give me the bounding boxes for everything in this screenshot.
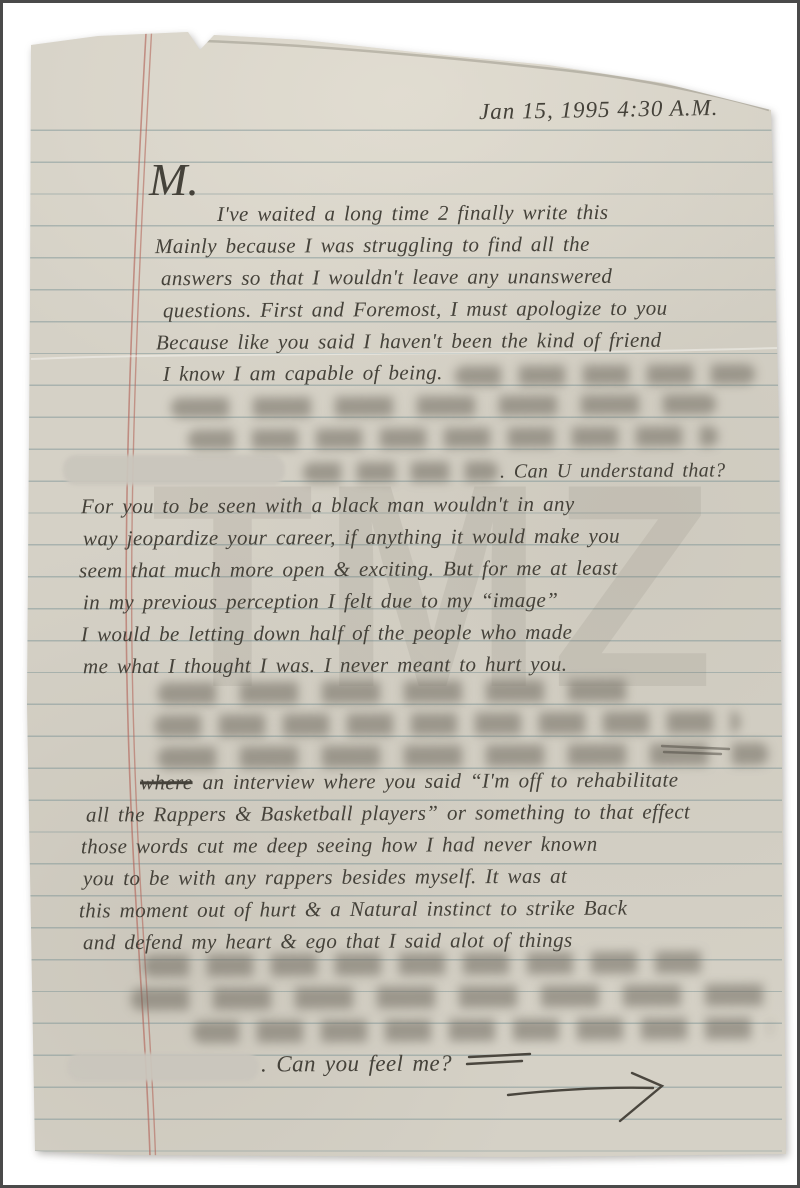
readable-fragment: . Can U understand that? xyxy=(500,459,726,483)
struck-word: where xyxy=(140,770,193,794)
letter-line-p2-2: way jeopardize your career, if anything … xyxy=(83,524,620,552)
redacted-line xyxy=(303,461,498,482)
closing-question: . Can you feel me? xyxy=(261,1051,452,1078)
letter-line-p2-4: in my previous perception I felt due to … xyxy=(83,588,558,615)
letter-line-p3-6: and defend my heart & ego that I said al… xyxy=(83,928,573,956)
redacted-line xyxy=(188,426,718,450)
smudge-redaction xyxy=(63,455,285,485)
date-line: Jan 15, 1995 4:30 A.M. xyxy=(479,95,719,125)
letter-line-p1-4: questions. First and Foremost, I must ap… xyxy=(163,296,668,324)
letter-line-p2-6: me what I thought I was. I never meant t… xyxy=(83,652,568,680)
letter-line-p1-6: I know I am capable of being. xyxy=(163,360,443,386)
redacted-line xyxy=(131,984,771,1010)
redacted-line xyxy=(455,364,755,386)
smudge-redaction xyxy=(67,1053,259,1081)
letter-line-p1-3: answers so that I wouldn't leave any una… xyxy=(161,264,612,291)
paper-shadow-wrap: TMZ Jan 15, 1995 4:30 A.M. M. I've waite… xyxy=(3,3,797,1185)
letter-line-p1-1: I've waited a long time 2 finally write … xyxy=(217,200,609,227)
letter-line-p3-2: all the Rappers & Basketball players” or… xyxy=(86,799,690,827)
letter-line-p3-5: this moment out of hurt & a Natural inst… xyxy=(79,896,627,924)
scan-frame: TMZ Jan 15, 1995 4:30 A.M. M. I've waite… xyxy=(0,0,800,1188)
letter-line-p3-1-rest: an interview where you said “I'm off to … xyxy=(202,768,678,794)
redacted-line xyxy=(193,1017,771,1043)
screenshot-root: { "frame": { "border_color": "#4a4a4a", … xyxy=(0,0,800,1188)
redacted-line xyxy=(171,394,716,418)
redacted-line xyxy=(158,743,768,769)
letter-line-p1-5: Because like you said I haven't been the… xyxy=(156,328,662,356)
letter-paper: TMZ Jan 15, 1995 4:30 A.M. M. I've waite… xyxy=(3,3,797,1185)
letter-line-p3-3: those words cut me deep seeing how I had… xyxy=(81,832,598,860)
letter-line-p3-1: wherean interview where you said “I'm of… xyxy=(140,768,679,796)
redacted-line xyxy=(158,679,638,704)
letter-line-p2-3: seem that much more open & exciting. But… xyxy=(79,556,618,584)
salutation: M. xyxy=(149,153,199,206)
letter-line-p2-5: I would be letting down half of the peop… xyxy=(81,620,572,648)
letter-line-p2-1: For you to be seen with a black man woul… xyxy=(81,492,575,520)
letter-line-p1-2: Mainly because I was struggling to find … xyxy=(155,232,590,259)
letter-line-p3-4: you to be with any rappers besides mysel… xyxy=(83,864,567,892)
redacted-line xyxy=(143,951,718,977)
redacted-line xyxy=(155,711,740,737)
